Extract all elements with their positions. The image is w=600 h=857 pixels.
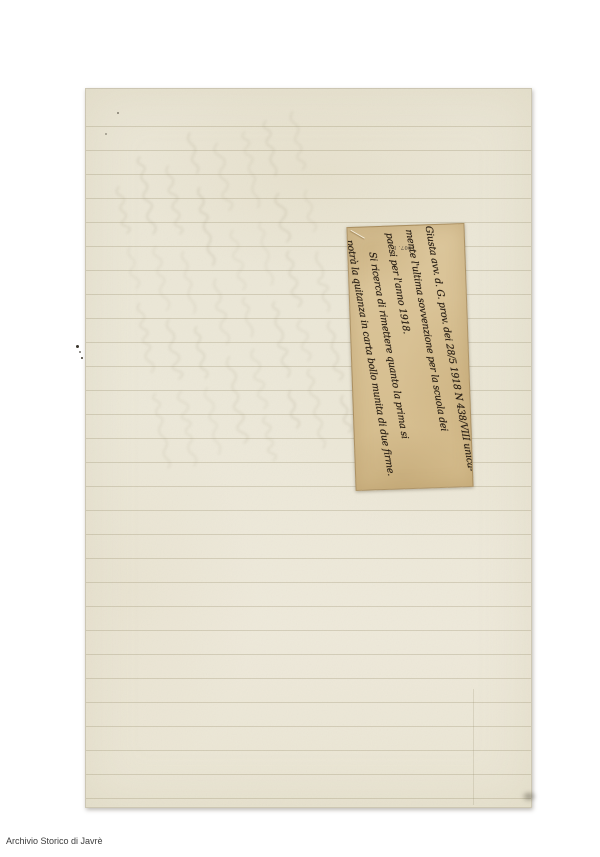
corner-shadow-smudge — [519, 789, 539, 804]
dust-speck — [81, 357, 83, 359]
paper-crease — [473, 689, 474, 805]
watermark-text: Archivio Storico di Javrè — [6, 836, 103, 846]
scan-background: { "watermark": { "text": "Archivio Stori… — [0, 0, 600, 857]
dust-speck — [76, 345, 79, 348]
pasted-slip: 1907. I Giusta avv. d. G. prov. dei 28/5… — [346, 223, 473, 491]
slip-handwriting: Giusta avv. d. G. prov. dei 28/5 1918 N … — [346, 224, 473, 490]
dust-speck — [117, 112, 119, 114]
dust-speck — [79, 351, 81, 353]
dust-speck — [105, 133, 107, 135]
